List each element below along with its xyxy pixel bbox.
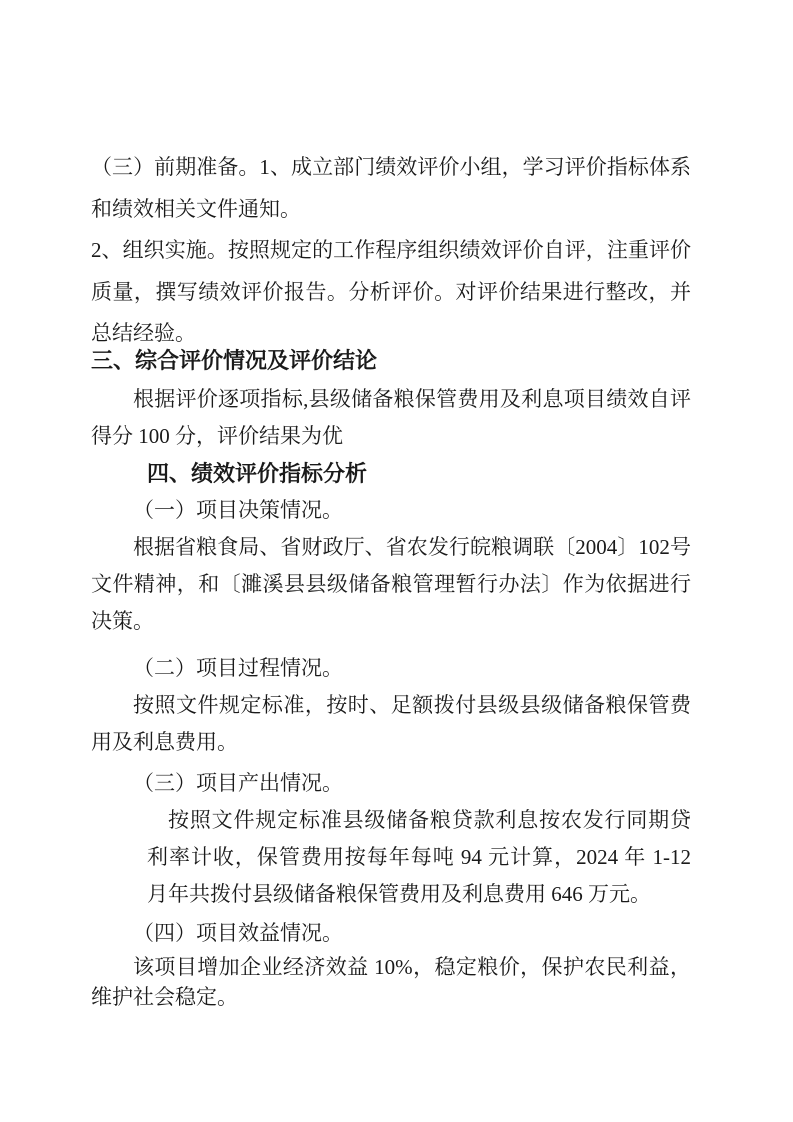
para-output: 按照文件规定标准县级储备粮贷款利息按农发行同期贷利率计收，保管费用按每年每吨 9…: [147, 802, 691, 913]
document-page: （三）前期准备。1、成立部门绩效评价小组，学习评价指标体系和绩效相关文件通知。2…: [0, 0, 793, 1122]
para-process: 按照文件规定标准，按时、足额拨付县级县级储备粮保管费用及利息费用。: [91, 687, 691, 761]
heading-section-3: 三、综合评价情况及评价结论: [91, 341, 691, 381]
para-implement: 2、组织实施。按照规定的工作程序组织绩效评价自评，注重评价质量，撰写绩效评价报告…: [91, 230, 691, 355]
heading-section-4: 四、绩效评价指标分析: [91, 455, 691, 492]
para-prep: （三）前期准备。1、成立部门绩效评价小组，学习评价指标体系和绩效相关文件通知。: [91, 147, 691, 230]
para-benefit: 该项目增加企业经济效益 10%，稳定粮价，保护农民利益，维护社会稳定。: [91, 952, 691, 1012]
document-body: （三）前期准备。1、成立部门绩效评价小组，学习评价指标体系和绩效相关文件通知。2…: [91, 147, 691, 1012]
subheading-benefit: （四）项目效益情况。: [91, 915, 691, 952]
subheading-decision: （一）项目决策情况。: [91, 492, 691, 529]
subheading-process: （二）项目过程情况。: [91, 650, 691, 687]
para-conclusion: 根据评价逐项指标,县级储备粮保管费用及利息项目绩效自评得分 100 分，评价结果…: [91, 381, 691, 455]
para-decision: 根据省粮食局、省财政厅、省农发行皖粮调联〔2004〕102号文件精神，和〔濉溪县…: [91, 529, 691, 640]
subheading-output: （三）项目产出情况。: [91, 765, 691, 802]
